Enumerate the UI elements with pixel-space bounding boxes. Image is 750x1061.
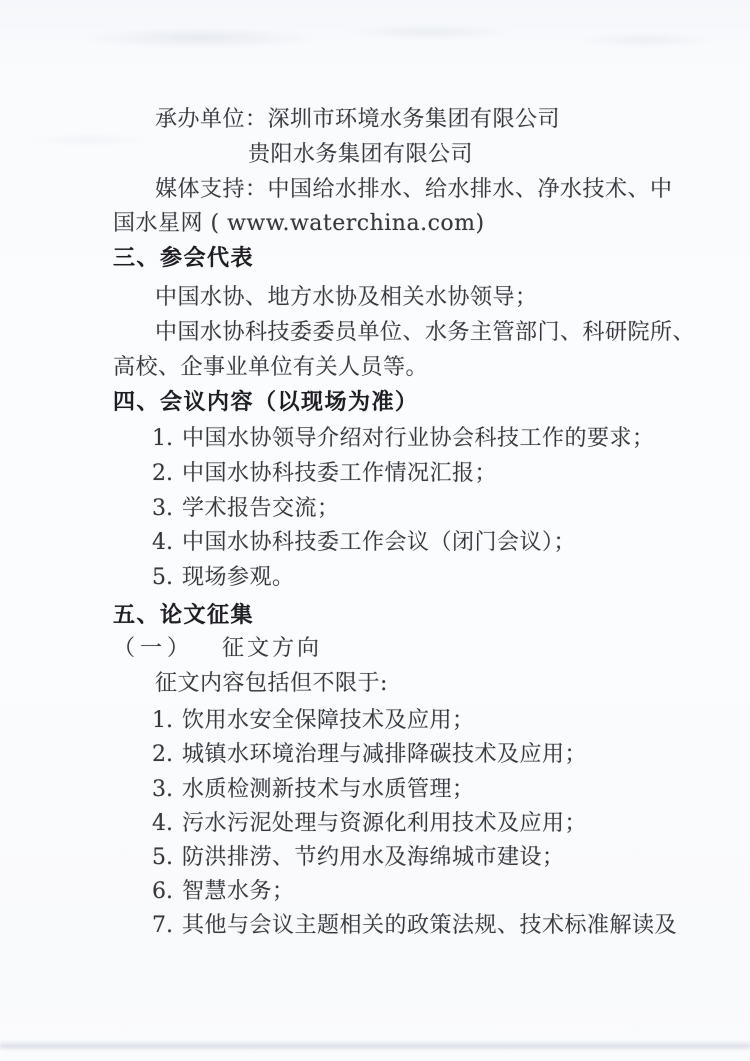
agenda-item-text: 学术报告交流； — [182, 496, 340, 521]
topic-item-number: 3. — [152, 776, 182, 804]
agenda-item: 2.中国水协科技委工作情况汇报； — [152, 460, 497, 488]
organizer-line-2: 贵阳水务集团有限公司 — [248, 141, 473, 169]
topic-item-text: 智慧水务； — [182, 879, 295, 904]
topic-item-number: 2. — [152, 741, 182, 769]
agenda-item-text: 现场参观。 — [182, 565, 295, 590]
sub-section-title: 征文方向 — [222, 636, 322, 661]
sub-section-label: （一） — [113, 636, 194, 661]
section-heading-papers: 五、论文征集 — [113, 602, 254, 630]
agenda-item-text: 中国水协科技委工作会议（闭门会议）； — [182, 530, 576, 555]
agenda-item: 5.现场参观。 — [152, 564, 295, 592]
agenda-item-number: 1. — [152, 425, 182, 453]
agenda-item-number: 2. — [152, 460, 182, 488]
topic-item-text: 饮用水安全保障技术及应用； — [182, 708, 475, 733]
topic-item-number: 6. — [152, 878, 182, 906]
topic-item: 6.智慧水务； — [152, 878, 295, 906]
organizer-line-1: 承办单位：深圳市环境水务集团有限公司 — [155, 106, 560, 134]
sub-section-call-direction: （一）征文方向 — [113, 635, 322, 663]
topic-item-number: 5. — [152, 844, 182, 872]
section-heading-attendees: 三、参会代表 — [113, 245, 254, 273]
topic-item: 2.城镇水环境治理与减排降碳技术及应用； — [152, 741, 587, 769]
attendees-line-3: 高校、企事业单位有关人员等。 — [113, 354, 428, 382]
topic-item: 7.其他与会议主题相关的政策法规、技术标准解读及 — [152, 912, 677, 940]
agenda-item-text: 中国水协科技委工作情况汇报； — [182, 461, 497, 486]
media-support-line-1: 媒体支持：中国给水排水、给水排水、净水技术、中 — [113, 176, 625, 204]
attendees-line-2: 中国水协科技委委员单位、水务主管部门、科研院所、 — [113, 319, 671, 347]
topic-item: 3.水质检测新技术与水质管理； — [152, 776, 475, 804]
topics-intro-line: 征文内容包括但不限于: — [155, 670, 388, 698]
topic-item-text: 污水污泥处理与资源化利用技术及应用； — [182, 811, 587, 836]
agenda-item: 4.中国水协科技委工作会议（闭门会议）； — [152, 529, 576, 557]
topic-item: 5.防洪排涝、节约用水及海绵城市建设； — [152, 844, 565, 872]
topic-item-number: 1. — [152, 707, 182, 735]
topic-item: 1.饮用水安全保障技术及应用； — [152, 707, 475, 735]
topic-item-number: 7. — [152, 912, 182, 940]
scanned-document-page: 承办单位：深圳市环境水务集团有限公司 贵阳水务集团有限公司 媒体支持：中国给水排… — [0, 0, 750, 1061]
topic-item-number: 4. — [152, 810, 182, 838]
agenda-item-text: 中国水协领导介绍对行业协会科技工作的要求； — [182, 426, 655, 451]
agenda-item: 3.学术报告交流； — [152, 495, 340, 523]
agenda-item-number: 3. — [152, 495, 182, 523]
agenda-item-number: 4. — [152, 529, 182, 557]
section-heading-agenda: 四、会议内容（以现场为准） — [113, 389, 419, 417]
topic-item-text: 水质检测新技术与水质管理； — [182, 777, 475, 802]
agenda-item: 1.中国水协领导介绍对行业协会科技工作的要求； — [152, 425, 655, 453]
attendees-line-1: 中国水协、地方水协及相关水协领导； — [155, 284, 538, 312]
topic-item-text: 城镇水环境治理与减排降碳技术及应用； — [182, 742, 587, 767]
topic-item-text: 防洪排涝、节约用水及海绵城市建设； — [182, 845, 565, 870]
topic-item: 4.污水污泥处理与资源化利用技术及应用； — [152, 810, 587, 838]
topic-item-text: 其他与会议主题相关的政策法规、技术标准解读及 — [182, 913, 677, 938]
media-support-line-2: 国水星网 ( www.waterchina.com) — [113, 210, 485, 238]
agenda-item-number: 5. — [152, 564, 182, 592]
